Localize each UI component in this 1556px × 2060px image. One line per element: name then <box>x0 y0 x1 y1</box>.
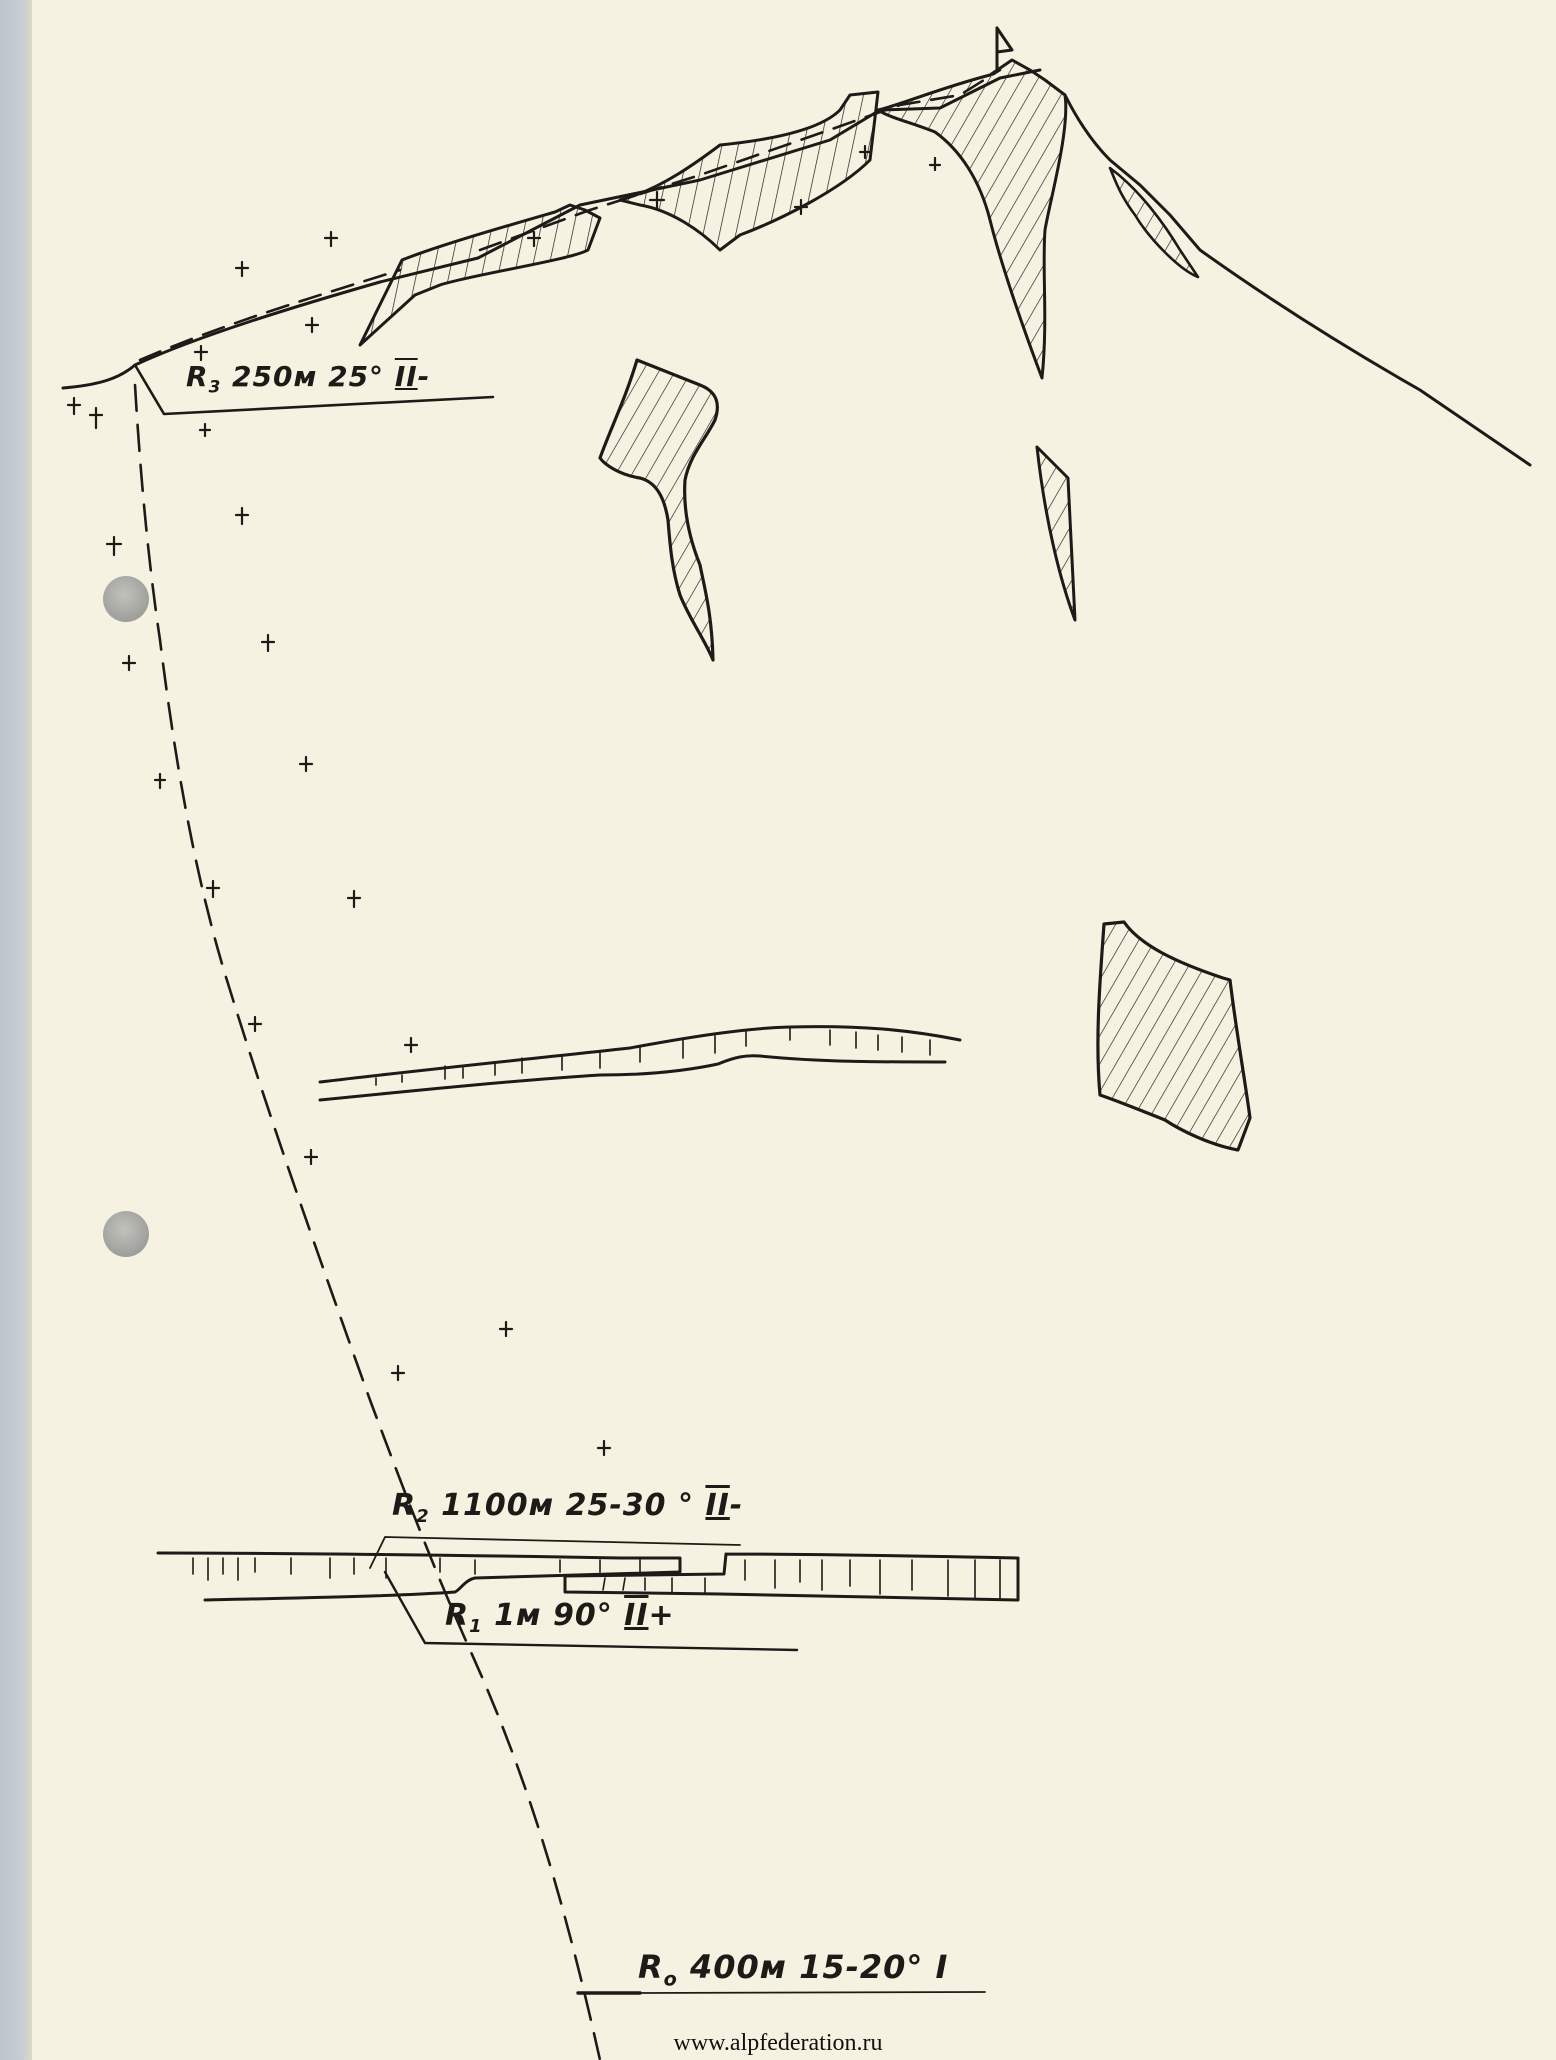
r0-grade: I <box>936 1948 949 1986</box>
r1-length: 1м <box>494 1598 541 1633</box>
route-label-r1: R1 1м 90° II+ <box>445 1598 675 1637</box>
r1-index: 1 <box>469 1616 483 1637</box>
r2-grade: II <box>705 1488 729 1523</box>
route-label-r3: R3 250м 25° II- <box>186 360 430 397</box>
r0-underline <box>640 1992 985 1993</box>
route-topo-drawing <box>0 0 1556 2060</box>
right-rock-block <box>1098 922 1250 1150</box>
lower-ledge-right-block <box>565 1554 1018 1600</box>
slim-rock <box>1037 447 1075 620</box>
r2-index: 2 <box>416 1506 430 1527</box>
r0-letter: R <box>638 1948 664 1986</box>
r3-angle: 25° <box>328 360 384 393</box>
ridge-rock-band-2 <box>620 92 878 250</box>
r3-letter: R <box>186 360 209 393</box>
east-ridge-rock <box>1110 168 1198 277</box>
r2-letter: R <box>392 1488 416 1523</box>
mid-ledge-bottom <box>320 1056 945 1100</box>
r0-index: o <box>664 1967 678 1990</box>
main-route-dashed <box>135 385 600 2060</box>
boot-shaped-rock <box>600 360 717 660</box>
r1-grade-modifier: + <box>648 1598 674 1633</box>
east-ridge-line <box>1065 95 1530 465</box>
r3-grade: II <box>395 360 418 393</box>
r2-length: 1100м <box>441 1488 554 1523</box>
route-label-r2: R2 1100м 25-30 ° II- <box>392 1488 743 1527</box>
r1-angle: 90° <box>553 1598 613 1633</box>
route-label-r0: Ro 400м 15-20° I <box>638 1948 948 1990</box>
ridge-rock-band-1 <box>360 205 600 345</box>
r2-grade-modifier: - <box>730 1488 743 1523</box>
r1-grade: II <box>624 1598 648 1633</box>
r3-index: 3 <box>209 377 222 397</box>
mid-ledge-ticks <box>376 1028 930 1085</box>
scree-cross-marks <box>68 146 940 1455</box>
summit-rock <box>878 60 1066 378</box>
r0-angle: 15-20° <box>799 1948 923 1986</box>
watermark-footer: www.alpfederation.ru <box>0 2030 1556 2057</box>
r3-grade-modifier: - <box>418 360 431 393</box>
r0-length: 400м <box>690 1948 787 1986</box>
r2-angle: 25-30 ° <box>566 1488 694 1523</box>
r1-letter: R <box>445 1598 469 1633</box>
r3-length: 250м <box>232 360 317 393</box>
